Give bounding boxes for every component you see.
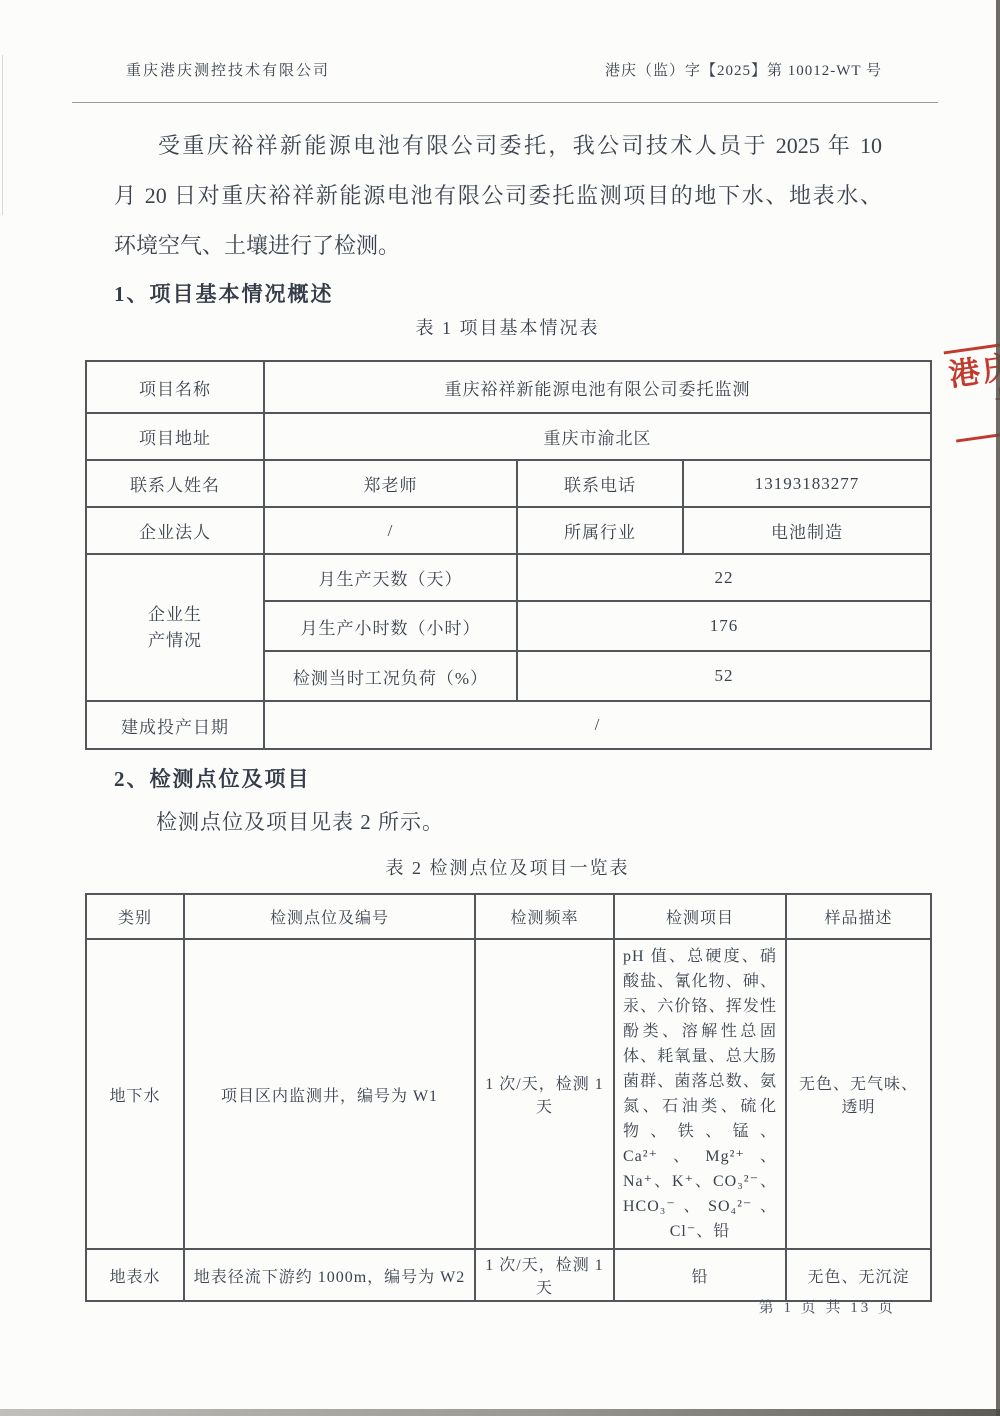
table-row: 项目名称 重庆裕祥新能源电池有限公司委托监测 [86, 361, 931, 413]
page-number: 第 1 页 共 13 页 [759, 1296, 896, 1317]
table-row: 建成投产日期 / [86, 701, 931, 749]
surface-water-row: 地表水 地表径流下游约 1000m，编号为 W2 1 次/天，检测 1 天 铅 … [86, 1249, 931, 1301]
header-frequency: 检测频率 [475, 894, 614, 939]
production-hours-value: 176 [517, 601, 931, 651]
groundwater-frequency: 1 次/天，检测 1 天 [475, 939, 614, 1249]
intro-paragraph: 受重庆裕祥新能源电池有限公司委托，我公司技术人员于 2025 年 10 月 20… [114, 121, 882, 271]
load-value: 52 [517, 651, 931, 701]
scan-edge-right [996, 0, 1000, 1416]
groundwater-row: 地下水 项目区内监测井，编号为 W1 1 次/天，检测 1 天 pH 值、总硬度… [86, 939, 931, 1249]
header-rule [72, 102, 938, 103]
groundwater-description: 无色、无气味、透明 [786, 939, 931, 1249]
intro-line-1: 受重庆裕祥新能源电池有限公司委托，我公司技术人员于 2025 年 10 [114, 121, 882, 171]
production-days-value: 22 [517, 554, 931, 601]
production-status-label: 企业生产情况 [86, 554, 264, 701]
commission-date-label: 建成投产日期 [86, 701, 264, 749]
project-name-label: 项目名称 [86, 361, 264, 413]
phone-label: 联系电话 [517, 460, 683, 507]
legal-person-value: / [264, 507, 517, 554]
surface-water-items: 铅 [614, 1249, 786, 1301]
document-number: 港庆（监）字【2025】第 10012-WT 号 [605, 59, 882, 80]
document-page: 重庆港庆测控技术有限公司 港庆（监）字【2025】第 10012-WT 号 受重… [0, 0, 1000, 1416]
header-location: 检测点位及编号 [184, 894, 475, 939]
stamp-text-line1: 港庆 [947, 328, 1000, 391]
contact-name-value: 郑老师 [264, 460, 517, 507]
surface-water-category: 地表水 [86, 1249, 184, 1301]
table-header-row: 类别 检测点位及编号 检测频率 检测项目 样品描述 [86, 894, 931, 939]
table-row: 项目地址 重庆市渝北区 [86, 413, 931, 460]
section-1-heading: 1、项目基本情况概述 [114, 278, 334, 308]
project-address-label: 项目地址 [86, 413, 264, 460]
table-row: 企业生产情况 月生产天数（天） 22 [86, 554, 931, 601]
intro-line-2: 月 20 日对重庆裕祥新能源电池有限公司委托监测项目的地下水、地表水、 [114, 171, 882, 221]
header-category: 类别 [86, 894, 184, 939]
industry-value: 电池制造 [683, 507, 931, 554]
groundwater-items: pH 值、总硬度、硝酸盐、氰化物、砷、汞、六价铬、挥发性酚类、溶解性总固体、耗氧… [614, 939, 786, 1249]
scan-edge-bottom [0, 1409, 1000, 1416]
contact-name-label: 联系人姓名 [86, 460, 264, 507]
table-project-info: 项目名称 重庆裕祥新能源电池有限公司委托监测 项目地址 重庆市渝北区 联系人姓名… [85, 360, 932, 750]
intro-line-3: 环境空气、土壤进行了检测。 [114, 221, 882, 271]
header-items: 检测项目 [614, 894, 786, 939]
commission-date-value: / [264, 701, 931, 749]
red-stamp: 港庆 号 [944, 319, 1000, 442]
table-monitoring-points: 类别 检测点位及编号 检测频率 检测项目 样品描述 地下水 项目区内监测井，编号… [85, 893, 932, 1302]
load-label: 检测当时工况负荷（%） [264, 651, 517, 701]
groundwater-location: 项目区内监测井，编号为 W1 [184, 939, 475, 1249]
surface-water-location: 地表径流下游约 1000m，编号为 W2 [184, 1249, 475, 1301]
company-name: 重庆港庆测控技术有限公司 [126, 59, 330, 80]
table-row: 企业法人 / 所属行业 电池制造 [86, 507, 931, 554]
phone-value: 13193183277 [683, 460, 931, 507]
table-2-caption: 表 2 检测点位及项目一览表 [85, 854, 930, 880]
surface-water-frequency: 1 次/天，检测 1 天 [475, 1249, 614, 1301]
project-address-value: 重庆市渝北区 [264, 413, 931, 460]
section-2-heading: 2、检测点位及项目 [114, 763, 311, 793]
legal-person-label: 企业法人 [86, 507, 264, 554]
table-row: 联系人姓名 郑老师 联系电话 13193183277 [86, 460, 931, 507]
industry-label: 所属行业 [517, 507, 683, 554]
production-hours-label: 月生产小时数（小时） [264, 601, 517, 651]
surface-water-description: 无色、无沉淀 [786, 1249, 931, 1301]
table-1-caption: 表 1 项目基本情况表 [85, 314, 930, 340]
scan-edge-left [2, 55, 3, 215]
section-2-lead: 检测点位及项目见表 2 所示。 [114, 806, 444, 836]
header-description: 样品描述 [786, 894, 931, 939]
groundwater-category: 地下水 [86, 939, 184, 1249]
production-status-label-text: 企业生产情况 [148, 602, 202, 654]
project-name-value: 重庆裕祥新能源电池有限公司委托监测 [264, 361, 931, 413]
production-days-label: 月生产天数（天） [264, 554, 517, 601]
